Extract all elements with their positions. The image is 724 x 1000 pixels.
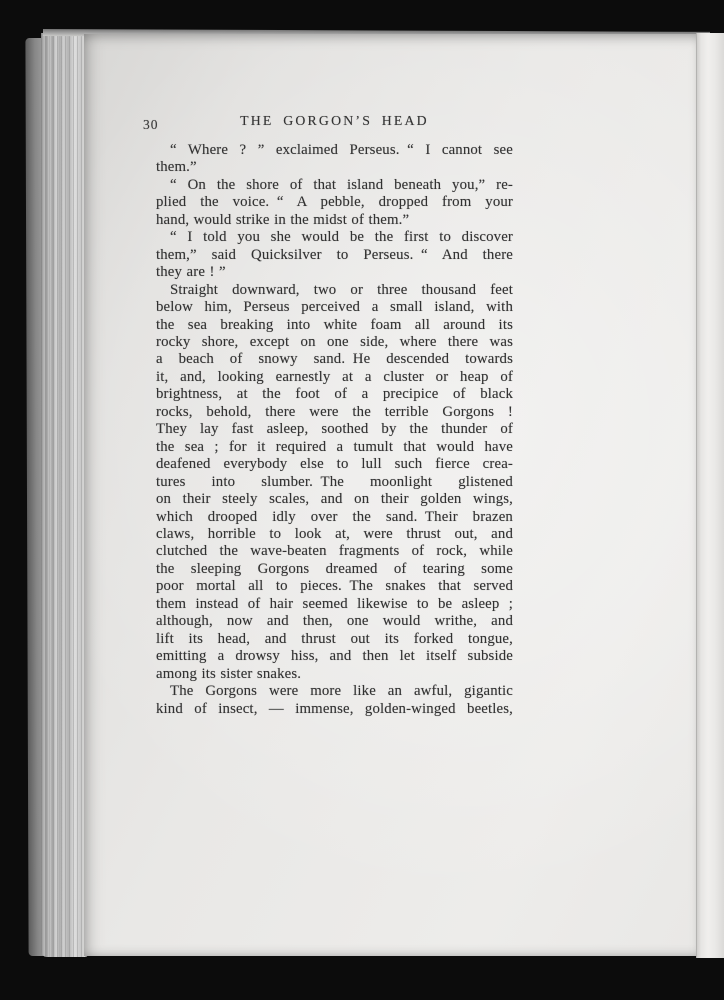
text-line: they are ! ” [156, 264, 513, 281]
text-line: deafened everybody else to lull such fie… [156, 456, 513, 473]
text-line: although, now and then, one would writhe… [156, 613, 513, 630]
running-title: THE GORGON’S HEAD [156, 113, 513, 129]
text-block: “ Where ? ” exclaimed Perseus. “ I canno… [156, 142, 513, 718]
text-line: The Gorgons were more like an awful, gig… [156, 683, 513, 700]
text-line: rocks, behold, there were the terrible G… [156, 404, 513, 421]
text-line: them,” said Quicksilver to Perseus. “ An… [156, 247, 513, 264]
text-line: tures into slumber. The moonlight gliste… [156, 474, 513, 491]
text-line: “ Where ? ” exclaimed Perseus. “ I canno… [156, 142, 513, 159]
page-edges [41, 33, 88, 957]
text-line: kind of insect, — immense, golden-winged… [156, 701, 513, 718]
text-line: claws, horrible to look at, were thrust … [156, 526, 513, 543]
photo-background: 30 THE GORGON’S HEAD “ Where ? ” exclaim… [0, 0, 724, 1000]
text-line: Straight downward, two or three thousand… [156, 282, 513, 299]
page-gutter [696, 33, 724, 958]
text-line: it, and, looking earnestly at a cluster … [156, 369, 513, 386]
text-line: “ I told you she would be the first to d… [156, 229, 513, 246]
text-line: rocky shore, except on one side, where t… [156, 334, 513, 351]
text-line: hand, would strike in the midst of them.… [156, 212, 513, 229]
text-line: among its sister snakes. [156, 666, 513, 683]
text-line: which drooped idly over the sand. Their … [156, 509, 513, 526]
text-line: brightness, at the foot of a precipice o… [156, 386, 513, 403]
text-line: them instead of hair seemed likewise to … [156, 596, 513, 613]
text-line: a beach of snowy sand. He descended towa… [156, 351, 513, 368]
text-line: the sea breaking into white foam all aro… [156, 317, 513, 334]
book: 30 THE GORGON’S HEAD “ Where ? ” exclaim… [0, 0, 724, 1000]
text-line: emitting a drowsy hiss, and then let its… [156, 648, 513, 665]
text-line: They lay fast asleep, soothed by the thu… [156, 421, 513, 438]
text-line: the sea ; for it required a tumult that … [156, 439, 513, 456]
text-line: on their steely scales, and on their gol… [156, 491, 513, 508]
text-line: plied the voice. “ A pebble, dropped fro… [156, 194, 513, 211]
text-line: the sleeping Gorgons dreamed of tearing … [156, 561, 513, 578]
text-line: lift its head, and thrust out its forked… [156, 631, 513, 648]
text-line: poor mortal all to pieces. The snakes th… [156, 578, 513, 595]
text-line: below him, Perseus perceived a small isl… [156, 299, 513, 316]
text-line: clutched the wave-beaten fragments of ro… [156, 543, 513, 560]
text-line: them.” [156, 159, 513, 176]
text-line: “ On the shore of that island beneath yo… [156, 177, 513, 194]
